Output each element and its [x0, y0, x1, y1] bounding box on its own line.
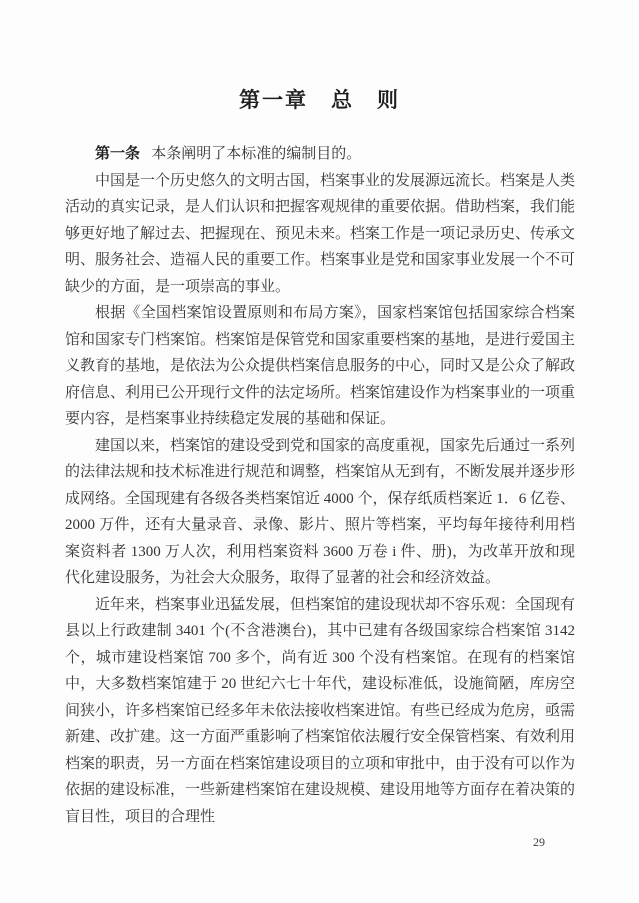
chapter-title: 第一章 总 则 [0, 0, 639, 114]
page-number: 29 [518, 835, 560, 850]
article-text: 本条阐明了本标准的编制目的。 [151, 146, 361, 162]
document-body: 第一条本条阐明了本标准的编制目的。 中国是一个历史悠久的文明古国，档案事业的发展… [65, 141, 575, 830]
paragraph: 近年来，档案事业迅猛发展，但档案馆的建设现状却不容乐观：全国现有县以上行政建制 … [65, 592, 575, 831]
paragraph: 根据《全国档案馆设置原则和布局方案》，国家档案馆包括国家综合档案馆和国家专门档案… [65, 300, 575, 433]
article-number: 第一条 [95, 145, 151, 162]
document-page: 第一章 总 则 第一条本条阐明了本标准的编制目的。 中国是一个历史悠久的文明古国… [0, 0, 639, 903]
paragraph: 建国以来，档案馆的建设受到党和国家的高度重视，国家先后通过一系列的法律法规和技术… [65, 433, 575, 592]
paragraph: 中国是一个历史悠久的文明古国，档案事业的发展源远流长。档案是人类活动的真实记录，… [65, 168, 575, 301]
article-lead-paragraph: 第一条本条阐明了本标准的编制目的。 [65, 141, 575, 168]
